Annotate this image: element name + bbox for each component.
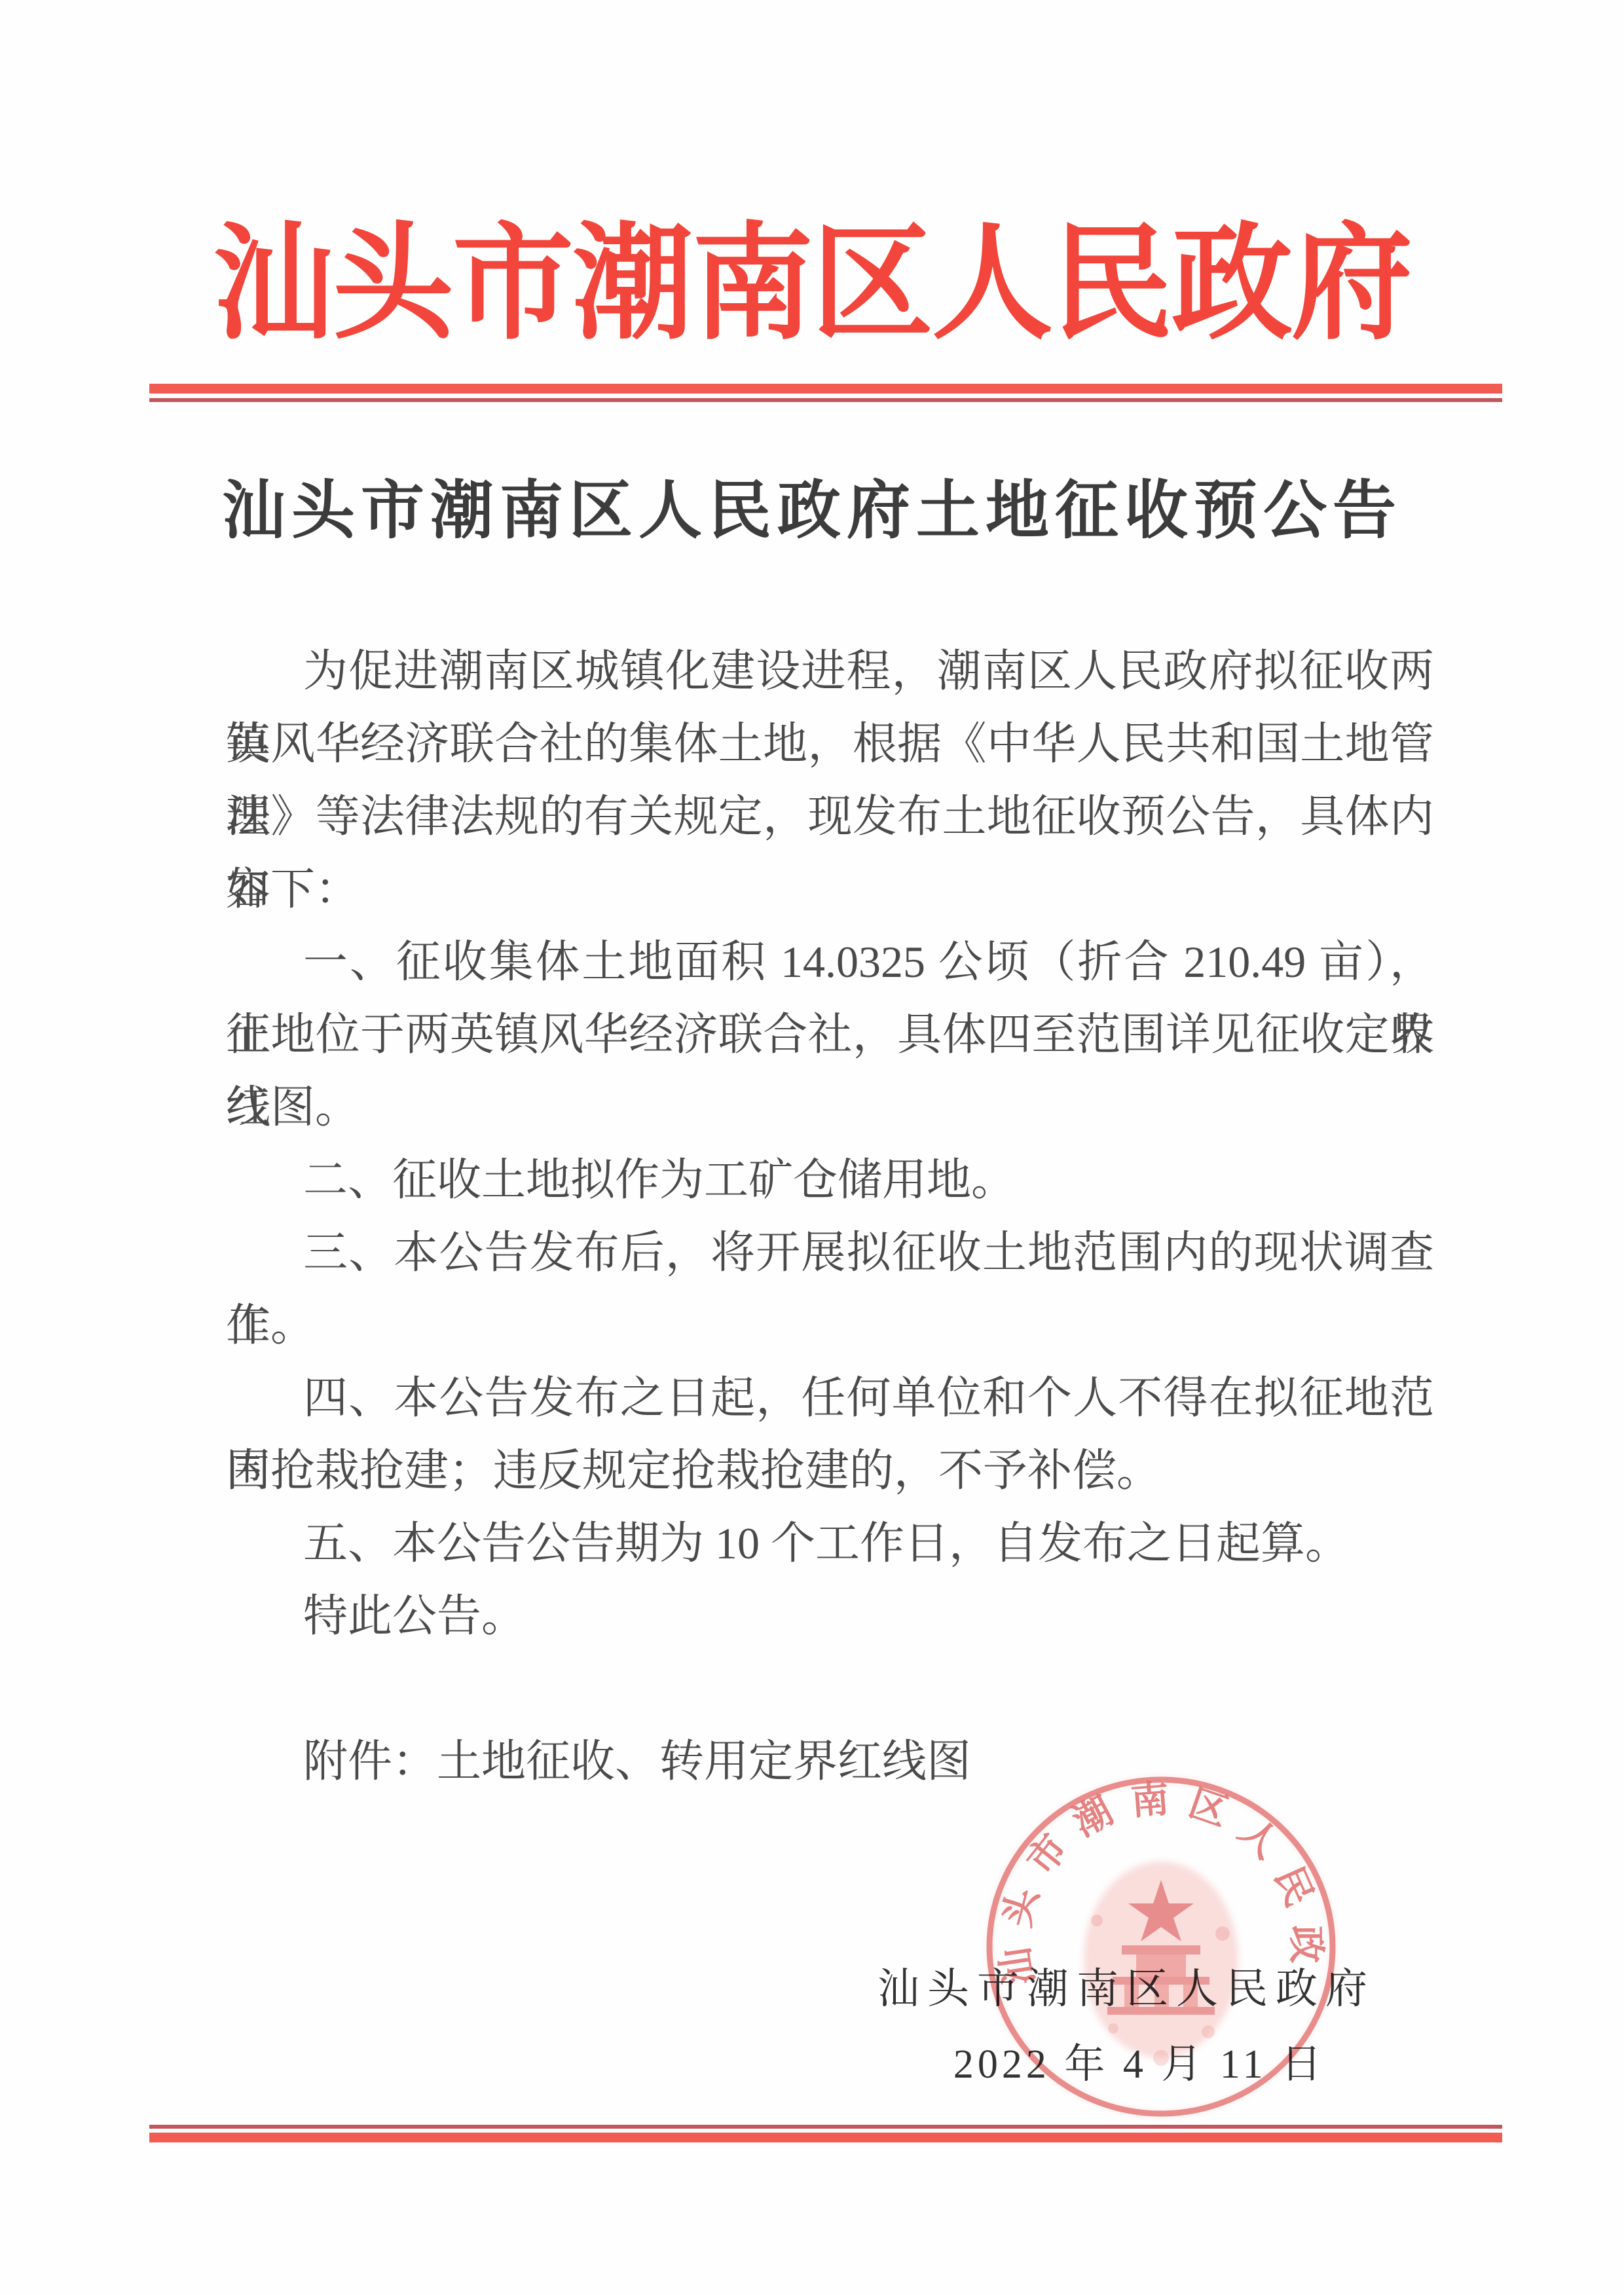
body-line: 一、征收集体土地面积 14.0325 公顷（折合 210.49 亩），征收: [226, 926, 1434, 999]
body-line: 二、征收土地拟作为工矿仓储用地。: [226, 1144, 1434, 1217]
body-line: 三、本公告发布后，将开展拟征收土地范围内的现状调查工: [226, 1217, 1434, 1289]
body-line: 镇风华经济联合社的集体土地，根据《中华人民共和国土地管理: [226, 708, 1434, 780]
document-page: 汕头市潮南区人民政府 汕头市潮南区人民政府土地征收预公告 为促进潮南区城镇化建设…: [0, 0, 1624, 2295]
letterhead-title: 汕头市潮南区人民政府: [0, 217, 1624, 354]
official-seal: 汕头市潮南区人民政府: [979, 1770, 1343, 2127]
body-line: 特此公告。: [226, 1580, 1434, 1653]
body-text: 为促进潮南区城镇化建设进程，潮南区人民政府拟征收两英镇风华经济联合社的集体土地，…: [226, 635, 1434, 1798]
body-line: 四、本公告发布之日起，任何单位和个人不得在拟征地范围: [226, 1362, 1434, 1435]
body-line: 作。: [226, 1289, 1434, 1362]
footer-rule-thick: [149, 2133, 1502, 2142]
body-line: 线图。: [226, 1071, 1434, 1144]
body-line: 为促进潮南区城镇化建设进程，潮南区人民政府拟征收两英: [226, 635, 1434, 708]
body-line: 法》等法律法规的有关规定，现发布土地征收预公告，具体内容: [226, 780, 1434, 853]
body-line: 如下：: [226, 853, 1434, 926]
body-line: 内抢栽抢建；违反规定抢栽抢建的，不予补偿。: [226, 1435, 1434, 1507]
header-rule-thin: [149, 398, 1502, 402]
header-rule-thick: [149, 384, 1502, 394]
document-title: 汕头市潮南区人民政府土地征收预公告: [0, 479, 1624, 544]
body-line: 五、本公告公告期为 10 个工作日，自发布之日起算。: [226, 1507, 1434, 1580]
body-line: 土地位于两英镇风华经济联合社，具体四至范围详见征收定界红: [226, 999, 1434, 1071]
footer-rule-thin: [149, 2125, 1502, 2129]
national-emblem-icon: [1084, 1862, 1238, 2066]
